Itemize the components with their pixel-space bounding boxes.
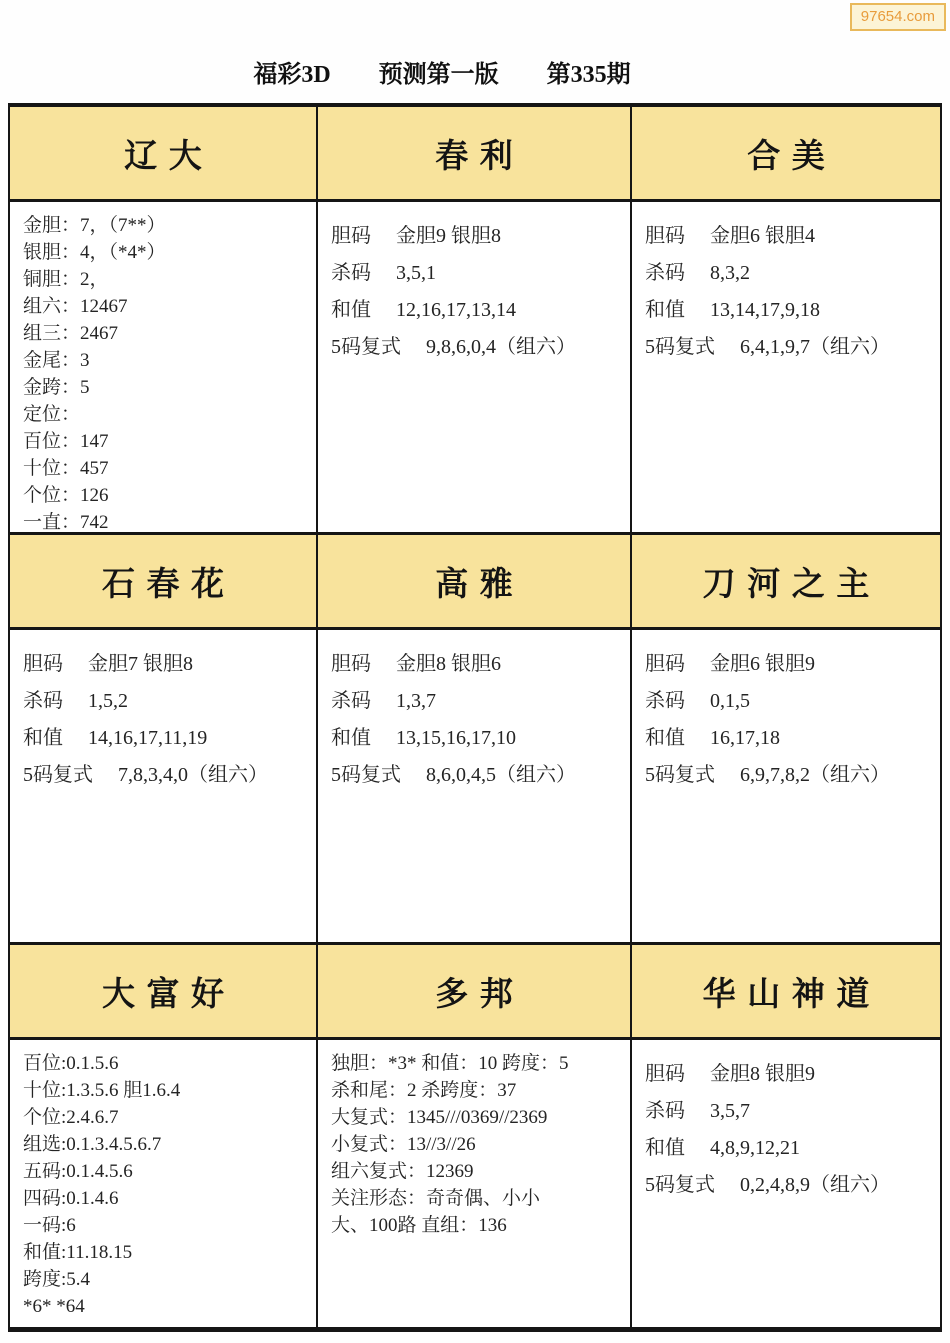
prediction-line: 胆码 金胆8 银胆6 [331,646,622,683]
prediction-line: 杀码 3,5,1 [331,255,622,292]
predictor-name: 大富好 [10,945,316,1040]
predictor-name: 刀河之主 [632,535,940,630]
prediction-line: 胆码 金胆9 银胆8 [331,218,622,255]
prediction-line: 和值 13,15,16,17,10 [331,720,622,757]
prediction-lines: 胆码 金胆8 银胆9杀码 3,5,7和值 4,8,9,12,215码复式 0,2… [632,1040,940,1327]
title-edition: 预测第一版 [379,54,499,89]
predictor-cell-hemei: 合美 胆码 金胆6 银胆4杀码 8,3,2和值 13,14,17,9,185码复… [632,107,940,535]
predictor-name: 石春花 [10,535,316,630]
prediction-line: 独胆：*3* 和值：10 跨度：5 [331,1051,622,1078]
prediction-line: 大、100路 直组：136 [331,1213,622,1240]
prediction-line: 组六复式：12369 [331,1159,622,1186]
predictor-cell-shichunhua: 石春花 胆码 金胆7 银胆8杀码 1,5,2和值 14,16,17,11,195… [10,535,318,945]
prediction-line: 杀码 1,5,2 [23,683,308,720]
masthead: 福彩3D 预测第一版 第335期 [0,0,950,103]
prediction-line: 杀码 8,3,2 [645,255,932,292]
prediction-lines: 胆码 金胆7 银胆8杀码 1,5,2和值 14,16,17,11,195码复式 … [10,630,316,942]
prediction-line: 5码复式 6,9,7,8,2（组六） [645,757,932,794]
prediction-line: 金尾：3 [23,348,308,375]
prediction-line: 和值 12,16,17,13,14 [331,292,622,329]
prediction-lines: 胆码 金胆9 银胆8杀码 3,5,1和值 12,16,17,13,145码复式 … [318,202,630,532]
prediction-lines: 胆码 金胆8 银胆6杀码 1,3,7和值 13,15,16,17,105码复式 … [318,630,630,942]
prediction-line: 金跨：5 [23,375,308,402]
prediction-line: 和值:11.18.15 [23,1240,308,1267]
prediction-lines: 胆码 金胆6 银胆9杀码 0,1,5和值 16,17,185码复式 6,9,7,… [632,630,940,942]
prediction-line: 四码:0.1.4.6 [23,1186,308,1213]
prediction-line: 百位:0.1.5.6 [23,1051,308,1078]
prediction-line: 杀码 1,3,7 [331,683,622,720]
prediction-line: 一直：742 [23,510,308,537]
prediction-lines: 金胆：7，（7**）银胆：4，（*4*）铜胆：2，组六：12467组三：2467… [10,202,316,537]
prediction-line: 百位：147 [23,429,308,456]
predictor-name: 辽大 [10,107,316,202]
prediction-line: 胆码 金胆7 银胆8 [23,646,308,683]
predictor-name: 多邦 [318,945,630,1040]
prediction-line: 五码:0.1.4.5.6 [23,1159,308,1186]
page-title: 福彩3D 预测第一版 第335期 [253,54,630,103]
prediction-line: 5码复式 6,4,1,9,7（组六） [645,329,932,366]
predictor-cell-huashanshendao: 华山神道 胆码 金胆8 银胆9杀码 3,5,7和值 4,8,9,12,215码复… [632,945,940,1327]
prediction-lines: 独胆：*3* 和值：10 跨度：5杀和尾：2 杀跨度：37大复式：1345///… [318,1040,630,1327]
predictor-cell-gaoya: 高雅 胆码 金胆8 银胆6杀码 1,3,7和值 13,15,16,17,105码… [318,535,632,945]
predictor-cell-daohezhizhu: 刀河之主 胆码 金胆6 银胆9杀码 0,1,5和值 16,17,185码复式 6… [632,535,940,945]
page: 97654.com 福彩3D 预测第一版 第335期 辽大 金胆：7，（7**）… [0,0,950,1343]
predictor-name: 合美 [632,107,940,202]
prediction-line: 杀码 3,5,7 [645,1093,932,1130]
title-lottery-name: 福彩3D [253,54,330,89]
prediction-line: 小复式：13//3//26 [331,1132,622,1159]
prediction-line: 杀和尾：2 杀跨度：37 [331,1078,622,1105]
prediction-line: 杀码 0,1,5 [645,683,932,720]
prediction-line: 和值 14,16,17,11,19 [23,720,308,757]
prediction-line: 一码:6 [23,1213,308,1240]
prediction-line: 5码复式 0,2,4,8,9（组六） [645,1167,932,1204]
prediction-line: 个位：126 [23,483,308,510]
predictor-cell-chunli: 春利 胆码 金胆9 银胆8杀码 3,5,1和值 12,16,17,13,145码… [318,107,632,535]
prediction-lines: 百位:0.1.5.6十位:1.3.5.6 胆1.6.4个位:2.4.6.7组选:… [10,1040,316,1327]
prediction-line: 大复式：1345///0369//2369 [331,1105,622,1132]
prediction-line: 铜胆：2， [23,267,308,294]
prediction-line: 跨度:5.4 [23,1267,308,1294]
prediction-line: 组选:0.1.3.4.5.6.7 [23,1132,308,1159]
prediction-line: 组三：2467 [23,321,308,348]
title-issue-number: 第335期 [547,54,631,89]
prediction-line: 和值 13,14,17,9,18 [645,292,932,329]
prediction-line: 银胆：4，（*4*） [23,240,308,267]
predictor-name: 高雅 [318,535,630,630]
prediction-line: 和值 16,17,18 [645,720,932,757]
predictor-cell-dafuhao: 大富好 百位:0.1.5.6十位:1.3.5.6 胆1.6.4个位:2.4.6.… [10,945,318,1327]
prediction-line: 5码复式 7,8,3,4,0（组六） [23,757,308,794]
prediction-line: 胆码 金胆6 银胆9 [645,646,932,683]
prediction-line: 关注形态：奇奇偶、小小 [331,1186,622,1213]
predictor-name: 华山神道 [632,945,940,1040]
prediction-line: *6* *64 [23,1294,308,1321]
predictor-name: 春利 [318,107,630,202]
prediction-line: 胆码 金胆8 银胆9 [645,1056,932,1093]
prediction-grid: 辽大 金胆：7，（7**）银胆：4，（*4*）铜胆：2，组六：12467组三：2… [8,103,942,1332]
prediction-line: 和值 4,8,9,12,21 [645,1130,932,1167]
prediction-line: 定位： [23,402,308,429]
prediction-lines: 胆码 金胆6 银胆4杀码 8,3,2和值 13,14,17,9,185码复式 6… [632,202,940,532]
prediction-line: 个位:2.4.6.7 [23,1105,308,1132]
prediction-line: 十位：457 [23,456,308,483]
prediction-line: 5码复式 8,6,0,4,5（组六） [331,757,622,794]
predictor-cell-duobang: 多邦 独胆：*3* 和值：10 跨度：5杀和尾：2 杀跨度：37大复式：1345… [318,945,632,1327]
prediction-line: 组六：12467 [23,294,308,321]
prediction-line: 5码复式 9,8,6,0,4（组六） [331,329,622,366]
prediction-line: 胆码 金胆6 银胆4 [645,218,932,255]
prediction-line: 十位:1.3.5.6 胆1.6.4 [23,1078,308,1105]
predictor-cell-liaoda: 辽大 金胆：7，（7**）银胆：4，（*4*）铜胆：2，组六：12467组三：2… [10,107,318,535]
prediction-line: 金胆：7，（7**） [23,213,308,240]
